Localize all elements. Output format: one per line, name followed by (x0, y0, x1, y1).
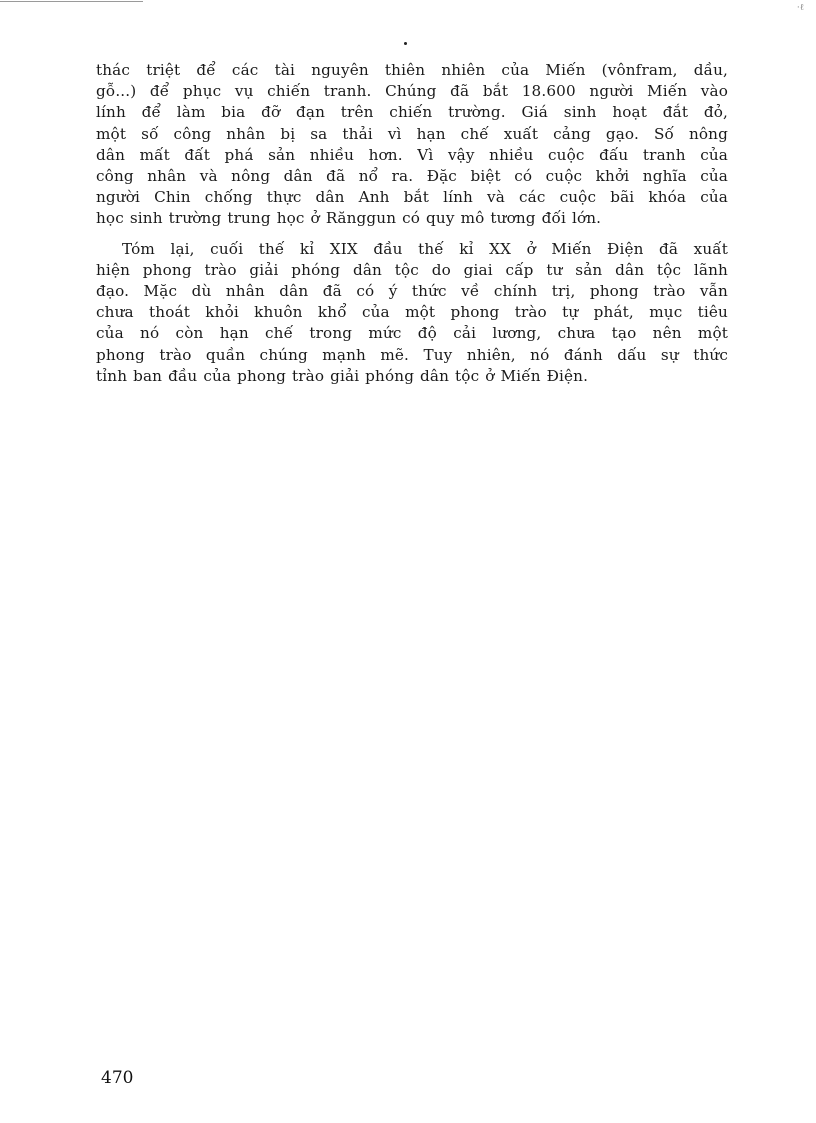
text-line: phong trào quần chúng mạnh mẽ. Tuy nhiên… (96, 345, 728, 366)
text-line: công nhân và nông dân đã nổ ra. Đặc biệt… (96, 166, 728, 187)
text-line: người Chin chống thực dân Anh bắt lính v… (96, 187, 728, 208)
text-line: lính để làm bia đỡ đạn trên chiến trường… (96, 102, 728, 123)
text-line: của nó còn hạn chế trong mức độ cải lươn… (96, 323, 728, 344)
text-line: thác triệt để các tài nguyên thiên nhiên… (96, 60, 728, 81)
paragraph-2: Tóm lại, cuối thế kỉ XIX đầu thế kỉ XX ở… (96, 239, 728, 387)
header-dot (404, 42, 407, 45)
text-line: Tóm lại, cuối thế kỉ XIX đầu thế kỉ XX ở… (96, 239, 728, 260)
text-line: tỉnh ban đầu của phong trào giải phóng d… (96, 366, 728, 387)
paragraph-1: thác triệt để các tài nguyên thiên nhiên… (96, 60, 728, 230)
corner-scan-mark: ·ℓ (797, 2, 804, 13)
text-line: học sinh trường trung học ở Rănggun có q… (96, 208, 728, 229)
text-line: hiện phong trào giải phóng dân tộc do gi… (96, 260, 728, 281)
top-scan-rule (0, 1, 143, 2)
page-body: thác triệt để các tài nguyên thiên nhiên… (96, 60, 728, 387)
text-line: dân mất đất phá sản nhiều hơn. Vì vậy nh… (96, 145, 728, 166)
text-line: đạo. Mặc dù nhân dân đã có ý thức về chí… (96, 281, 728, 302)
text-line: chưa thoát khỏi khuôn khổ của một phong … (96, 302, 728, 323)
text-line: gỗ...) để phục vụ chiến tranh. Chúng đã … (96, 81, 728, 102)
text-line: một số công nhân bị sa thải vì hạn chế x… (96, 124, 728, 145)
page-number: 470 (101, 1068, 133, 1088)
